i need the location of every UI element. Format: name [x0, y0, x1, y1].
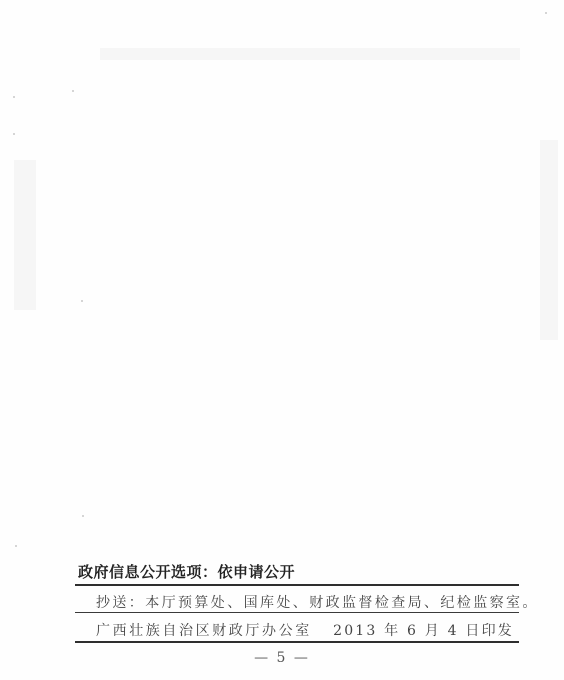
- show-through-mark: [100, 48, 520, 60]
- document-page: 政府信息公开选项：依申请公开 抄送：本厅预算处、国库处、财政监督检查局、纪检监察…: [0, 0, 564, 680]
- issuing-office: 广西壮族自治区财政厅办公室: [96, 620, 312, 640]
- scan-speck: [72, 90, 74, 92]
- scan-speck: [81, 300, 83, 302]
- disclosure-option: 政府信息公开选项：依申请公开: [78, 561, 295, 582]
- show-through-mark: [540, 140, 558, 340]
- cc-recipients: 本厅预算处、国库处、财政监督检查局、纪检监察室。: [145, 595, 539, 611]
- scan-speck: [82, 515, 84, 517]
- issue-date: 2013 年 6 月 4 日印发: [333, 620, 514, 640]
- page-number: — 5 —: [0, 650, 564, 666]
- cc-label: 抄送：: [96, 595, 145, 611]
- scan-speck: [545, 12, 547, 14]
- divider-middle: [75, 612, 519, 613]
- scan-speck: [13, 133, 15, 135]
- disclosure-value: 依申请公开: [218, 563, 296, 581]
- show-through-mark: [14, 160, 36, 310]
- scan-speck: [13, 96, 15, 98]
- cc-line: 抄送：本厅预算处、国库处、财政监督检查局、纪检监察室。: [96, 592, 539, 612]
- divider-top: [75, 584, 519, 586]
- divider-bottom: [75, 641, 519, 643]
- scan-speck: [15, 545, 17, 547]
- disclosure-label: 政府信息公开选项：: [78, 563, 218, 581]
